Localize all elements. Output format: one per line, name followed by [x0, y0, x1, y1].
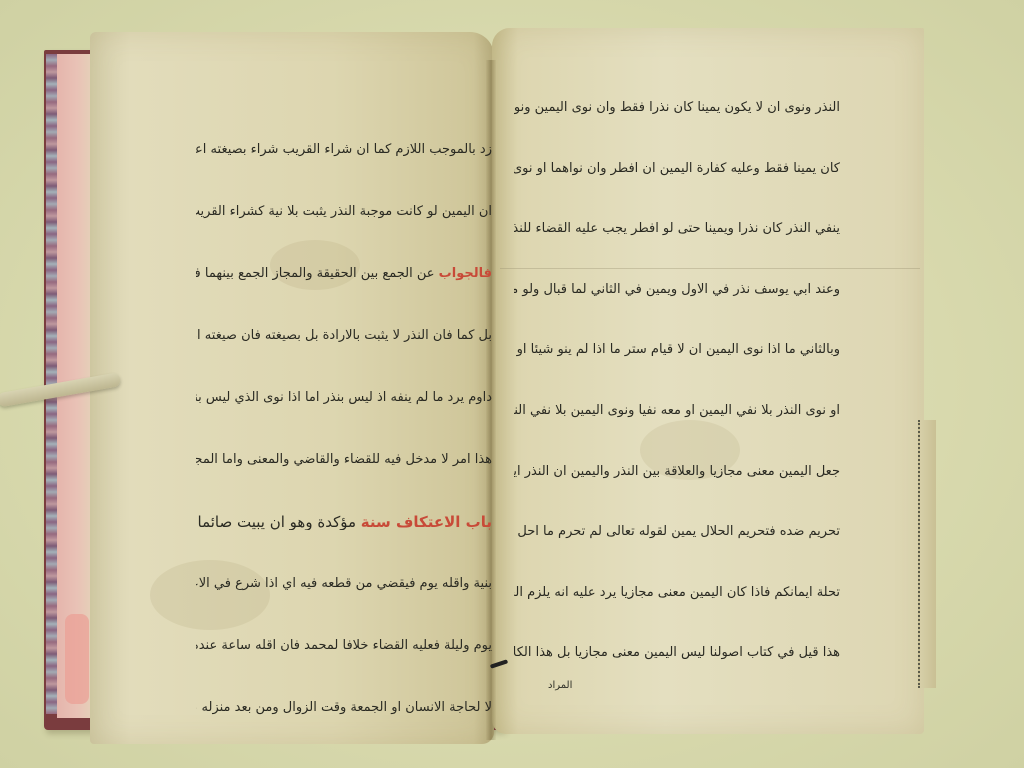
text-line: بنية واقله يوم فيقضي من قطعه فيه اي اذا …: [196, 576, 492, 592]
text-line: ينفي النذر كان نذرا ويمينا حتى لو افطر ي…: [514, 221, 840, 237]
catchword: المراد: [548, 680, 572, 691]
text-line: وبالثاني ما اذا نوى اليمين ان لا قيام ست…: [514, 342, 840, 358]
manuscript-photo: زد بالموجب اللازم كما ان شراء القريب شرا…: [0, 0, 1024, 768]
left-page-text: زد بالموجب اللازم كما ان شراء القريب شرا…: [196, 142, 492, 762]
text-line: يوم وليلة فعليه القضاء خلافا لمحمد فان ا…: [196, 638, 492, 654]
text-line: جعل اليمين معنى مجازيا والعلاقة بين النذ…: [514, 464, 840, 480]
rubric-word: فالجواب: [439, 266, 492, 281]
text-line: زد بالموجب اللازم كما ان شراء القريب شرا…: [196, 142, 492, 158]
text-line: ان اليمين لو كانت موجبة النذر يثبت بلا ن…: [196, 204, 492, 220]
text-line: تحريم ضده فتحريم الحلال يمين لقوله تعالى…: [514, 524, 840, 540]
right-page-text: النذر ونوى ان لا يكون يمينا كان نذرا فقط…: [514, 100, 840, 706]
chapter-heading: باب الاعتكاف سنة: [361, 514, 492, 530]
text-line: لا لحاجة الانسان او الجمعة وقت الزوال وم…: [196, 700, 492, 716]
text-line: داوم يرد ما لم ينفه اذ ليس بنذر اما اذا …: [196, 390, 492, 406]
text-line: او نوى النذر بلا نفي اليمين او معه نفيا …: [514, 403, 840, 419]
page-stack-edge: [918, 420, 936, 688]
text-line: النذر ونوى ان لا يكون يمينا كان نذرا فقط…: [514, 100, 840, 116]
text-line: فالجواب عن الجمع بين الحقيقة والمجاز الج…: [196, 266, 492, 282]
text-line: تحلة ايمانكم فاذا كان اليمين معنى مجازيا…: [514, 585, 840, 601]
text-line: كان يمينا فقط وعليه كفارة اليمين ان افطر…: [514, 161, 840, 177]
text-line: هذا امر لا مدخل فيه للقضاء والقاضي والمع…: [196, 452, 492, 468]
text-line: هذا قيل في كتاب اصولنا ليس اليمين معنى م…: [514, 645, 840, 661]
text-line: وعند ابي يوسف نذر في الاول ويمين في الثا…: [514, 282, 840, 298]
text-line: بل كما فان النذر لا يثبت بالارادة بل بصي…: [196, 328, 492, 344]
chapter-heading-line: باب الاعتكاف سنة مؤكدة وهو ان يبيت صائما…: [196, 514, 492, 530]
